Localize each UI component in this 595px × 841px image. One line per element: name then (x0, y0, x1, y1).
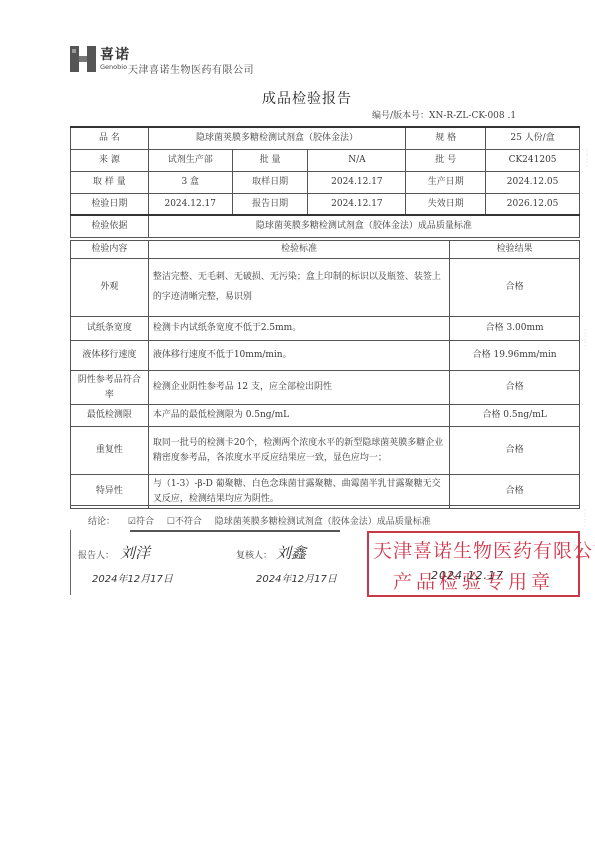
reviewer-date: 2024年12月17日 (256, 570, 337, 585)
conclusion-fail-checkbox[interactable]: ☐不符合 (167, 517, 202, 527)
sample-qty-value: 3 盒 (148, 171, 232, 193)
document-number: 编号/版本号：XN-R-ZL-CK-008 .1 (372, 108, 516, 121)
product-name-label: 品 名 (71, 127, 149, 149)
report-date-label: 报告日期 (232, 193, 308, 215)
inspect-date-label: 检验日期 (71, 193, 149, 215)
stamp-line-company: 天津喜诺生物医药有限公司 (373, 536, 574, 563)
scan-artifact: ⁚⁚⁚ (584, 510, 586, 528)
spec-label: 规 格 (406, 127, 486, 149)
inspect-date-value: 2024.12.17 (148, 193, 232, 215)
info-table: 品 名 隐球菌荚膜多糖检测试剂盒（胶体金法） 规 格 25 人份/盒 来 源 试… (70, 126, 580, 238)
row-result: 合格 (450, 259, 580, 317)
row-standard: 与（1-3）-β-D 葡聚糖、白色念珠菌甘露聚糖、曲霉菌半乳甘露聚糖无交叉反应，… (148, 475, 449, 509)
row-standard: 取同一批号的检测卡20个，检测两个浓度水平的新型隐球菌荚膜多糖企业精密度参考品，… (148, 427, 449, 475)
conclusion-label: 结论： (88, 517, 115, 527)
left-margin-line (70, 530, 71, 595)
company-name: 天津喜诺生物医药有限公司 (128, 61, 254, 76)
row-result: 合格 (450, 427, 580, 475)
expiry-date-label: 失效日期 (406, 193, 486, 215)
basis-value: 隐球菌荚膜多糖检测试剂盒（胶体金法）成品质量标准 (148, 215, 579, 237)
batch-value: CK241205 (486, 149, 580, 171)
sample-qty-label: 取 样 量 (71, 171, 149, 193)
scan-artifact: ⁚⁚⁚ (586, 150, 588, 168)
table-row: 液体移行速度 液体移行速度不低于10mm/min。 合格 19.96mm/min (71, 341, 580, 371)
stamp-handwritten-date: 2024.12.17 (431, 569, 504, 582)
table-row: 试纸条宽度 检测卡内试纸条宽度不低于2.5mm。 合格 3.00mm (71, 317, 580, 341)
row-standard: 检测企业阴性参考品 12 支，应全部检出阴性 (148, 371, 449, 405)
inspector-label: 报告人： (78, 548, 114, 561)
row-standard: 整洁完整、无毛刺、无破损、无污染；盒上印制的标识以及瓶签、装签上的字迹清晰完整，… (148, 259, 449, 317)
brand-name-cn: 喜诺 (100, 44, 130, 64)
production-date-value: 2024.12.05 (486, 171, 580, 193)
lot-label: 批 量 (232, 149, 308, 171)
brand-name-en: Genobio (100, 63, 127, 71)
row-item: 最低检测限 (71, 405, 149, 427)
inspection-seal-stamp: 天津喜诺生物医药有限公司 产品检验专用章 2024.12.17 (367, 531, 580, 597)
conclusion-bottom-divider (130, 530, 340, 532)
conclusion-text: 隐球菌荚膜多糖检测试剂盒（胶体金法）成品质量标准 (215, 517, 431, 527)
row-standard: 本产品的最低检测限为 0.5ng/mL (148, 405, 449, 427)
table-row: 阴性参考品符合率 检测企业阴性参考品 12 支，应全部检出阴性 合格 (71, 371, 580, 405)
genobio-logo-icon (70, 46, 96, 72)
table-row: 外观 整洁完整、无毛刺、无破损、无污染；盒上印制的标识以及瓶签、装签上的字迹清晰… (71, 259, 580, 317)
spec-value: 25 人份/盒 (486, 127, 580, 149)
scan-artifact: ⁚⁚⁚ (584, 330, 586, 348)
basis-label: 检验依据 (71, 215, 149, 237)
reviewer-label: 复核人： (236, 548, 272, 561)
sample-date-label: 取样日期 (232, 171, 308, 193)
row-result: 合格 0.5ng/mL (450, 405, 580, 427)
product-name: 隐球菌荚膜多糖检测试剂盒（胶体金法） (148, 127, 406, 149)
table-row: 特异性 与（1-3）-β-D 葡聚糖、白色念珠菌甘露聚糖、曲霉菌半乳甘露聚糖无交… (71, 475, 580, 509)
table-row: 最低检测限 本产品的最低检测限为 0.5ng/mL 合格 0.5ng/mL (71, 405, 580, 427)
reviewer-signature: 刘鑫 (276, 542, 306, 563)
row-item: 阴性参考品符合率 (71, 371, 149, 405)
report-title: 成品检验报告 (262, 88, 352, 108)
row-standard: 液体移行速度不低于10mm/min。 (148, 341, 449, 371)
expiry-date-value: 2026.12.05 (486, 193, 580, 215)
report-date-value: 2024.12.17 (308, 193, 406, 215)
inspector-signature: 刘洋 (120, 542, 150, 563)
row-result: 合格 19.96mm/min (450, 341, 580, 371)
row-item: 试纸条宽度 (71, 317, 149, 341)
row-result: 合格 3.00mm (450, 317, 580, 341)
batch-label: 批 号 (406, 149, 486, 171)
row-standard: 检测卡内试纸条宽度不低于2.5mm。 (148, 317, 449, 341)
source-label: 来 源 (71, 149, 149, 171)
conclusion-line: 结论： ☑符合 ☐不符合 隐球菌荚膜多糖检测试剂盒（胶体金法）成品质量标准 (88, 514, 441, 527)
header-result: 检验结果 (450, 241, 580, 259)
row-result: 合格 (450, 475, 580, 509)
row-item: 特异性 (71, 475, 149, 509)
inspector-date: 2024年12月17日 (92, 570, 173, 585)
header-standard: 检验标准 (148, 241, 449, 259)
table-row: 重复性 取同一批号的检测卡20个，检测两个浓度水平的新型隐球菌荚膜多糖企业精密度… (71, 427, 580, 475)
row-item: 外观 (71, 259, 149, 317)
source-value: 试剂生产部 (148, 149, 232, 171)
company-logo (70, 46, 96, 72)
results-table: 检验内容 检验标准 检验结果 外观 整洁完整、无毛刺、无破损、无污染；盒上印制的… (70, 240, 580, 509)
sample-date-value: 2024.12.17 (308, 171, 406, 193)
lot-value: N/A (308, 149, 406, 171)
header-item: 检验内容 (71, 241, 149, 259)
conclusion-top-divider (70, 505, 580, 506)
results-header-row: 检验内容 检验标准 检验结果 (71, 241, 580, 259)
row-result: 合格 (450, 371, 580, 405)
row-item: 液体移行速度 (71, 341, 149, 371)
row-item: 重复性 (71, 427, 149, 475)
conclusion-pass-checkbox[interactable]: ☑符合 (128, 517, 154, 527)
production-date-label: 生产日期 (406, 171, 486, 193)
